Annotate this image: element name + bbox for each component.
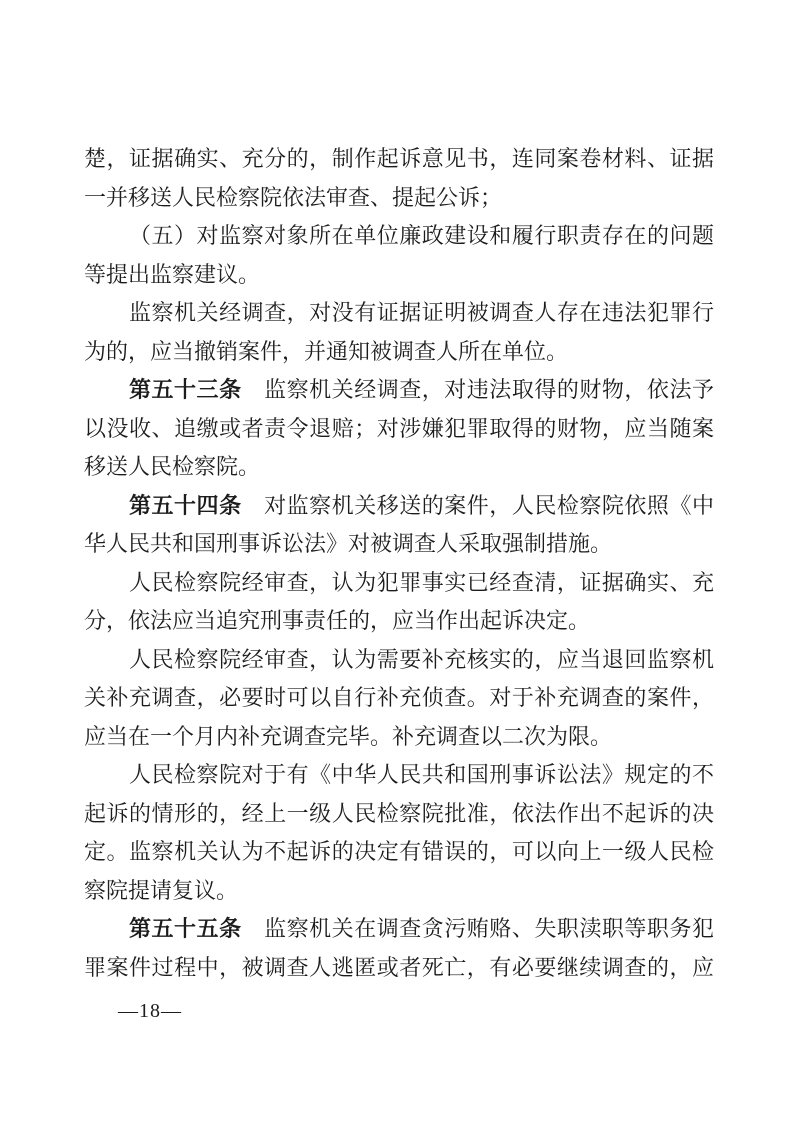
text-line: 人民检察院经审查，认为需要补充核实的，应当退回监察机 [84,641,714,680]
text-line: 监察机关经调查，对没有证据证明被调查人存在违法犯罪行 [84,294,714,333]
document-page: 楚，证据确实、充分的，制作起诉意见书，连同案卷材料、证据一并移送人民检察院依法审… [0,0,793,1122]
text-line: 第五十三条 监察机关经调查，对违法取得的财物，依法予 [84,371,714,410]
text-line: 人民检察院对于有《中华人民共和国刑事诉讼法》规定的不 [84,756,714,795]
text-line: 第五十五条 监察机关在调查贪污贿赂、失职渎职等职务犯 [84,910,714,949]
document-body: 楚，证据确实、充分的，制作起诉意见书，连同案卷材料、证据一并移送人民检察院依法审… [84,140,714,987]
text-line: 楚，证据确实、充分的，制作起诉意见书，连同案卷材料、证据 [84,140,714,179]
text-line: 察院提请复议。 [84,872,714,911]
text-line: 华人民共和国刑事诉讼法》对被调查人采取强制措施。 [84,525,714,564]
text-line: 以没收、追缴或者责令退赔；对涉嫌犯罪取得的财物，应当随案 [84,410,714,449]
text-line: 分，依法应当追究刑事责任的，应当作出起诉决定。 [84,602,714,641]
text-line: 定。监察机关认为不起诉的决定有错误的，可以向上一级人民检 [84,833,714,872]
text-line: 等提出监察建议。 [84,256,714,295]
text-line: 第五十四条 对监察机关移送的案件，人民检察院依照《中 [84,487,714,526]
text-line: 一并移送人民检察院依法审查、提起公诉； [84,179,714,218]
text-line: 应当在一个月内补充调查完毕。补充调查以二次为限。 [84,718,714,757]
article-heading: 第五十三条 [129,377,242,402]
text-line: 关补充调查，必要时可以自行补充侦查。对于补充调查的案件， [84,679,714,718]
article-heading: 第五十四条 [129,493,242,518]
page-number: —18— [118,1000,182,1023]
text-line: 罪案件过程中，被调查人逃匿或者死亡，有必要继续调查的，应 [84,949,714,988]
text-line: 人民检察院经审查，认为犯罪事实已经查清，证据确实、充 [84,564,714,603]
text-line: 移送人民检察院。 [84,448,714,487]
text-line: 为的，应当撤销案件，并通知被调查人所在单位。 [84,333,714,372]
text-line: （五）对监察对象所在单位廉政建设和履行职责存在的问题 [84,217,714,256]
article-heading: 第五十五条 [129,916,242,941]
text-line: 起诉的情形的，经上一级人民检察院批准，依法作出不起诉的决 [84,795,714,834]
